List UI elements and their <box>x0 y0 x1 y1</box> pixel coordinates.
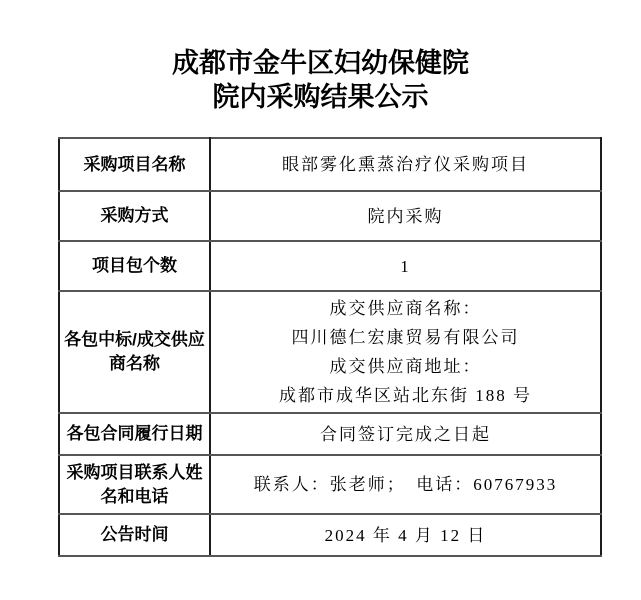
row-label-cell: 采购项目联系人姓 名和电话 <box>59 455 210 514</box>
table-row-package-count: 项目包个数 1 <box>59 241 601 291</box>
table-row-project-name: 采购项目名称 眼部雾化熏蒸治疗仪采购项目 <box>59 138 601 191</box>
row-label-text: 各包合同履行日期 <box>64 422 205 446</box>
row-value-cell: 1 <box>210 241 601 291</box>
row-value-text: 院内采购 <box>215 202 596 231</box>
table-row-contract-period: 各包合同履行日期 合同签订完成之日起 <box>59 413 601 455</box>
row-label-text: 各包中标/成交供应 <box>64 328 205 352</box>
supplier-name: 四川德仁宏康贸易有限公司 <box>215 323 596 352</box>
row-label-cell: 各包合同履行日期 <box>59 413 210 455</box>
row-label-text: 采购方式 <box>64 204 205 228</box>
row-value-cell: 成交供应商名称： 四川德仁宏康贸易有限公司 成交供应商地址： 成都市成华区站北东… <box>210 291 601 413</box>
page-title-line1: 成都市金牛区妇幼保健院 <box>0 46 641 80</box>
table-row-announcement-date: 公告时间 2024 年 4 月 12 日 <box>59 514 601 556</box>
row-value-text: 1 <box>215 252 596 281</box>
row-value-text: 合同签订完成之日起 <box>215 420 596 449</box>
row-label-text: 采购项目联系人姓 <box>64 461 205 485</box>
row-label-cell: 采购方式 <box>59 191 210 241</box>
row-label-text: 采购项目名称 <box>64 153 205 177</box>
announcement-date: 2024 年 4 月 12 日 <box>215 521 596 550</box>
table-row-contact-info: 采购项目联系人姓 名和电话 联系人：张老师； 电话：60767933 <box>59 455 601 514</box>
row-label-cell: 采购项目名称 <box>59 138 210 191</box>
row-value-cell: 联系人：张老师； 电话：60767933 <box>210 455 601 514</box>
row-label-cell: 公告时间 <box>59 514 210 556</box>
row-label-text: 名和电话 <box>64 485 205 509</box>
row-label-text: 商名称 <box>64 352 205 376</box>
supplier-address-caption: 成交供应商地址： <box>215 352 596 381</box>
row-value-cell: 2024 年 4 月 12 日 <box>210 514 601 556</box>
row-label-text: 公告时间 <box>64 523 205 547</box>
row-label-text: 项目包个数 <box>64 254 205 278</box>
supplier-address: 成都市成华区站北东街 188 号 <box>215 381 596 410</box>
procurement-announcement-page: 成都市金牛区妇幼保健院 院内采购结果公示 采购项目名称 眼部雾化熏蒸治疗仪采购项… <box>0 0 641 600</box>
row-value-text: 眼部雾化熏蒸治疗仪采购项目 <box>215 150 596 179</box>
row-value-cell: 院内采购 <box>210 191 601 241</box>
table-row-winning-supplier: 各包中标/成交供应 商名称 成交供应商名称： 四川德仁宏康贸易有限公司 成交供应… <box>59 291 601 413</box>
page-title-line2: 院内采购结果公示 <box>0 80 641 114</box>
row-label-cell: 项目包个数 <box>59 241 210 291</box>
row-label-cell: 各包中标/成交供应 商名称 <box>59 291 210 413</box>
procurement-result-table: 采购项目名称 眼部雾化熏蒸治疗仪采购项目 采购方式 院内采购 项目包个数 <box>58 137 602 557</box>
row-value-cell: 合同签订完成之日起 <box>210 413 601 455</box>
row-value-cell: 眼部雾化熏蒸治疗仪采购项目 <box>210 138 601 191</box>
page-title: 成都市金牛区妇幼保健院 院内采购结果公示 <box>0 0 641 114</box>
supplier-name-caption: 成交供应商名称： <box>215 294 596 323</box>
table-row-procurement-method: 采购方式 院内采购 <box>59 191 601 241</box>
contact-and-phone: 联系人：张老师； 电话：60767933 <box>215 470 596 499</box>
